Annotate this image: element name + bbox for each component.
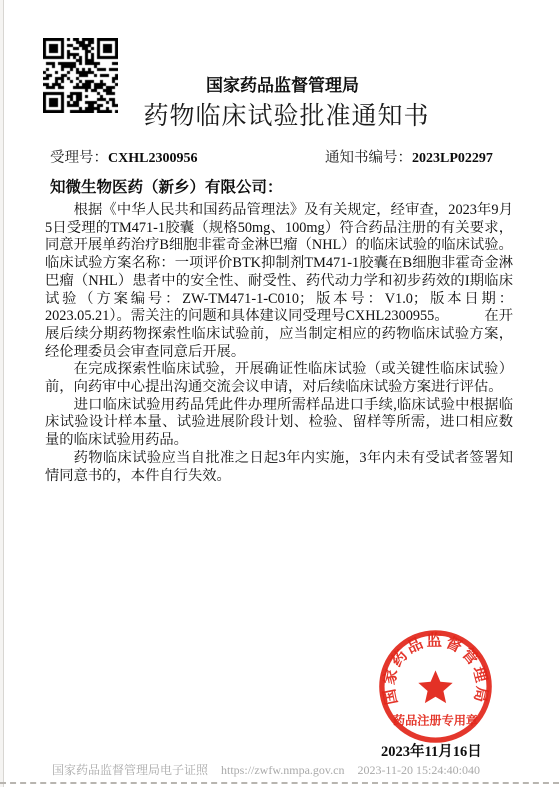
document-title: 药物临床试验批准通知书: [7, 96, 559, 132]
acceptance-number: 受理号：CXHL2300956: [50, 146, 197, 167]
notice-number-value: 2023LP02297: [412, 151, 493, 166]
paragraph-import: 进口临床试验用药品凭此件办理所需样品进口手续,临床试验中根据临床试验设计样本量、…: [45, 397, 513, 450]
footer-url: https://zwfw.nmpa.gov.cn: [221, 763, 344, 777]
footer-timestamp: 2023-11-20 15:24:40:040: [357, 763, 480, 777]
notice-number: 通知书编号：2023LP02297: [325, 146, 493, 167]
document-body: 根据《中华人民共和国药品管理法》及有关规定，经审查，2023年9月5日受理的TM…: [45, 202, 513, 485]
recipient-company: 知微生物医药（新乡）有限公司：: [50, 175, 283, 197]
paragraph-protocol-name: 临床试验方案名称：一项评价BTK抑制剂TM471-1胶囊在B细胞非霍奇金淋巴瘤（…: [45, 255, 513, 361]
acceptance-number-label: 受理号：: [50, 150, 108, 166]
page-edge-line: [3, 0, 4, 787]
notice-number-label: 通知书编号：: [325, 150, 412, 166]
paragraph-validity: 药物临床试验应当自批准之日起3年内实施，3年内未有受试者签署知情同意书的，本件自…: [45, 450, 513, 485]
footer-certificate-line: 国家药品监督管理局电子证照https://zwfw.nmpa.gov.cn202…: [52, 761, 493, 778]
document-page: 国家药品监督管理局 药物临床试验批准通知书 受理号：CXHL2300956 通知…: [0, 0, 559, 787]
official-seal-svg: 国家药品监督管理局 药品注册专用章: [377, 628, 494, 745]
paragraph-approval: 根据《中华人民共和国药品管理法》及有关规定，经审查，2023年9月5日受理的TM…: [45, 202, 513, 255]
footer-label: 国家药品监督管理局电子证照: [52, 763, 208, 777]
official-seal: 国家药品监督管理局 药品注册专用章: [377, 628, 494, 745]
agency-name: 国家药品监督管理局: [3, 71, 559, 96]
page-bottom-boundary: [0, 782, 559, 784]
seal-bottom-text: 药品注册专用章: [393, 713, 478, 728]
paragraph-confirmatory-trial: 在完成探索性临床试验，开展确证性临床试验（或关键性临床试验）前，向药审中心提出沟…: [45, 361, 513, 396]
acceptance-number-value: CXHL2300956: [108, 151, 197, 166]
issue-date: 2023年11月16日: [381, 740, 482, 761]
star-icon: [418, 670, 452, 703]
